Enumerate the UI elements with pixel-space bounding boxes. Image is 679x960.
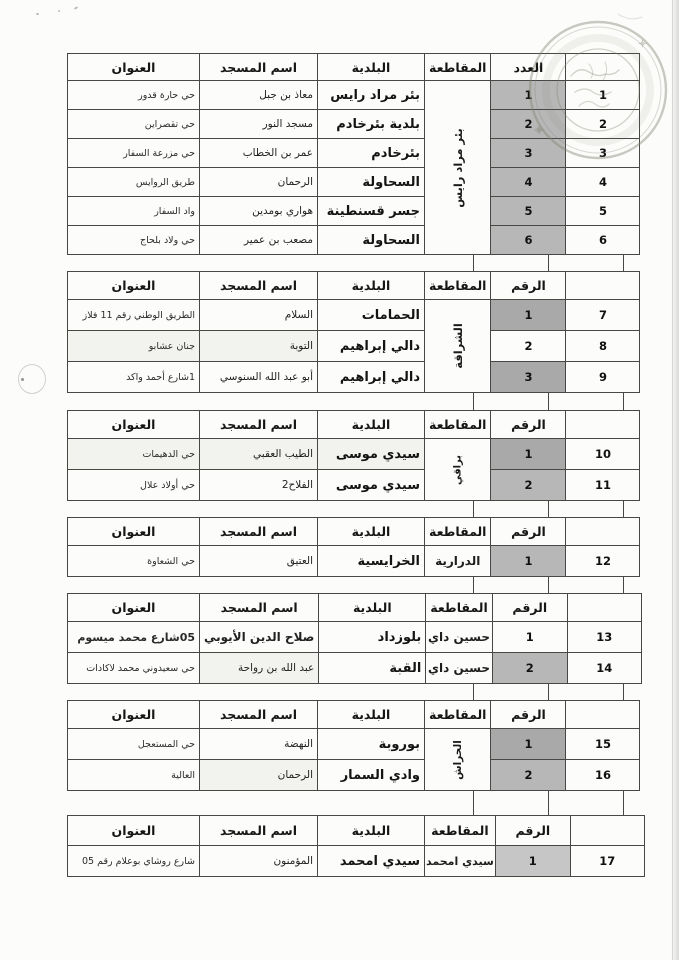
mosque-table-cheraga: العنوان اسم المسجد البلدية المقاطعة الرق… xyxy=(67,271,640,393)
number-cell: 1 xyxy=(491,81,566,110)
number-cell: 1 xyxy=(491,439,566,470)
address-cell: حي مزرعة السفار xyxy=(68,139,200,168)
col-address: العنوان xyxy=(68,411,200,439)
table-row: حي الشعاوة العتيق الخرايسية الدرارية 1 1… xyxy=(68,546,640,577)
address-cell: حي حارة قدور xyxy=(68,81,200,110)
address-cell: 1شارع أحمد واكد xyxy=(68,362,200,393)
address-cell: حي الدهيمات xyxy=(68,439,200,470)
col-serial-header xyxy=(566,272,640,300)
serial-cell: 7 xyxy=(566,300,640,331)
col-address: العنوان xyxy=(68,816,200,846)
municipality-cell: سيدي موسى xyxy=(318,439,425,470)
address-cell: حي ولاد بلحاج xyxy=(68,226,200,255)
address-cell: العالية xyxy=(68,760,200,791)
municipality-cell: بئر مراد رايس xyxy=(318,81,425,110)
district-cell: حسين داي xyxy=(426,653,492,684)
right-columns-continuation xyxy=(473,576,624,593)
header-row: العنوان اسم المسجد البلدية المقاطعة الرق… xyxy=(68,594,642,622)
scan-speck xyxy=(36,13,39,15)
col-address: العنوان xyxy=(68,594,200,622)
table-row: العالية الرحمان وادي السمار 2 16 xyxy=(68,760,640,791)
address-cell: واد السفار xyxy=(68,197,200,226)
number-cell: 2 xyxy=(491,110,566,139)
number-cell: 3 xyxy=(491,139,566,168)
right-columns-continuation xyxy=(473,683,624,700)
municipality-cell: بوروبة xyxy=(318,729,425,760)
table-row: حي حارة قدور معاذ بن جبل بئر مراد رايس ب… xyxy=(68,81,640,110)
col-serial-header xyxy=(566,518,640,546)
mosque-cell: الفلاح2 xyxy=(200,470,318,501)
municipality-cell: السحاولة xyxy=(318,168,425,197)
col-district: المقاطعة xyxy=(425,701,491,729)
scan-speck xyxy=(74,6,78,10)
mosque-table-draria: العنوان اسم المسجد البلدية المقاطعة الرق… xyxy=(67,517,640,577)
number-cell: 2 xyxy=(492,653,567,684)
municipality-cell: بلدية بئرخادم xyxy=(318,110,425,139)
mosque-table-hussein-dey: العنوان اسم المسجد البلدية المقاطعة الرق… xyxy=(67,593,642,684)
col-municipality: البلدية xyxy=(319,594,426,622)
mosque-cell: صلاح الدين الأيوبي xyxy=(200,622,319,653)
table-row: جنان عشابو التوبة دالي إبراهيم 2 8 xyxy=(68,331,640,362)
col-district: المقاطعة xyxy=(425,411,491,439)
hole-punch-dot xyxy=(21,378,24,381)
municipality-cell: بئرخادم xyxy=(318,139,425,168)
serial-cell: 10 xyxy=(566,439,640,470)
serial-cell: 8 xyxy=(566,331,640,362)
scan-edge-shadow xyxy=(671,0,679,960)
district-cell: بئر مراد رايس xyxy=(425,81,491,255)
serial-cell: 6 xyxy=(566,226,640,255)
district-vertical-label: الحراش xyxy=(452,740,464,780)
col-address: العنوان xyxy=(68,272,200,300)
serial-cell: 11 xyxy=(566,470,640,501)
number-cell: 2 xyxy=(491,470,566,501)
right-columns-continuation xyxy=(473,500,624,517)
header-row: العنوان اسم المسجد البلدية المقاطعة العد… xyxy=(68,54,640,81)
right-columns-continuation xyxy=(473,254,624,271)
col-municipality: البلدية xyxy=(318,54,425,81)
mosque-table-baraki: العنوان اسم المسجد البلدية المقاطعة الرق… xyxy=(67,410,640,501)
col-serial-header xyxy=(567,594,641,622)
number-cell: 1 xyxy=(491,300,566,331)
address-cell: الطريق الوطني رقم 11 فلاز xyxy=(68,300,200,331)
mosque-cell: مصعب بن عمير xyxy=(200,226,318,255)
municipality-cell: سيدي موسى xyxy=(318,470,425,501)
serial-cell: 2 xyxy=(566,110,640,139)
municipality-cell: القبة xyxy=(319,653,426,684)
col-municipality: البلدية xyxy=(318,411,425,439)
municipality-cell: دالي إبراهيم xyxy=(318,331,425,362)
col-address: العنوان xyxy=(68,701,200,729)
col-municipality: البلدية xyxy=(318,701,425,729)
col-serial-header xyxy=(566,701,640,729)
municipality-cell: وادي السمار xyxy=(318,760,425,791)
number-cell: 2 xyxy=(491,331,566,362)
address-cell: حي الشعاوة xyxy=(68,546,200,577)
serial-cell: 4 xyxy=(566,168,640,197)
col-serial-header xyxy=(566,411,640,439)
municipality-cell: الخرايسية xyxy=(318,546,425,577)
col-mosque: اسم المسجد xyxy=(200,411,318,439)
mosque-cell: عمر بن الخطاب xyxy=(200,139,318,168)
number-cell: 2 xyxy=(491,760,566,791)
right-columns-continuation xyxy=(473,790,624,815)
col-count: الرقم xyxy=(491,701,566,729)
col-district: المقاطعة xyxy=(426,594,492,622)
district-cell: الشراقة xyxy=(425,300,491,393)
scanned-document-page: العنوان اسم المسجد البلدية المقاطعة العد… xyxy=(0,0,679,960)
serial-cell: 14 xyxy=(567,653,641,684)
address-cell: حي المستعجل xyxy=(68,729,200,760)
col-mosque: اسم المسجد xyxy=(200,816,318,846)
mosque-cell: السلام xyxy=(200,300,318,331)
district-vertical-label: براقي xyxy=(452,454,463,484)
table-row: حي تقصراين مسجد النور بلدية بئرخادم 2 2 xyxy=(68,110,640,139)
table-row: حي سعيدوني محمد لاكادات عبد الله بن رواح… xyxy=(68,653,642,684)
col-district: المقاطعة xyxy=(425,272,491,300)
right-columns-continuation xyxy=(473,392,624,410)
header-row: العنوان اسم المسجد البلدية المقاطعة الرق… xyxy=(68,701,640,729)
municipality-cell: دالي إبراهيم xyxy=(318,362,425,393)
serial-cell: 17 xyxy=(570,846,644,877)
table-row: طريق الروايس الرحمان السحاولة 4 4 xyxy=(68,168,640,197)
serial-cell: 13 xyxy=(567,622,641,653)
number-cell: 3 xyxy=(491,362,566,393)
address-cell: طريق الروايس xyxy=(68,168,200,197)
serial-cell: 3 xyxy=(566,139,640,168)
col-municipality: البلدية xyxy=(318,272,425,300)
col-mosque: اسم المسجد xyxy=(200,54,318,81)
col-count: الرقم xyxy=(492,594,567,622)
address-cell: شارع روشاي بوعلام رقم 05 xyxy=(68,846,200,877)
mosque-table-sidi-mhamed: العنوان اسم المسجد البلدية المقاطعة الرق… xyxy=(67,815,645,877)
mosque-cell: الطيب العقبي xyxy=(200,439,318,470)
mosque-table-bir-mourad-rais: العنوان اسم المسجد البلدية المقاطعة العد… xyxy=(67,53,640,255)
district-cell: حسين داي xyxy=(426,622,492,653)
district-cell: الحراش xyxy=(425,729,491,791)
col-count: الرقم xyxy=(495,816,570,846)
table-row: حي الدهيمات الطيب العقبي سيدي موسى براقي… xyxy=(68,439,640,470)
col-mosque: اسم المسجد xyxy=(200,701,318,729)
mosque-cell: النهضة xyxy=(200,729,318,760)
serial-cell: 16 xyxy=(566,760,640,791)
header-row: العنوان اسم المسجد البلدية المقاطعة الرق… xyxy=(68,816,645,846)
col-municipality: البلدية xyxy=(318,816,425,846)
table-row: حي ولاد بلحاج مصعب بن عمير السحاولة 6 6 xyxy=(68,226,640,255)
col-address: العنوان xyxy=(68,518,200,546)
col-mosque: اسم المسجد xyxy=(200,272,318,300)
col-district: المقاطعة xyxy=(425,518,491,546)
serial-cell: 1 xyxy=(566,81,640,110)
header-row: العنوان اسم المسجد البلدية المقاطعة الرق… xyxy=(68,272,640,300)
number-cell: 4 xyxy=(491,168,566,197)
serial-cell: 15 xyxy=(566,729,640,760)
header-row: العنوان اسم المسجد البلدية المقاطعة الرق… xyxy=(68,518,640,546)
mosque-cell: مسجد النور xyxy=(200,110,318,139)
mosque-cell: العتيق xyxy=(200,546,318,577)
col-mosque: اسم المسجد xyxy=(200,518,318,546)
col-count: الرقم xyxy=(491,272,566,300)
mosque-cell: هواري بومدين xyxy=(200,197,318,226)
district-cell: سيدي امحمد xyxy=(425,846,496,877)
mosque-cell: الرحمان xyxy=(200,760,318,791)
mosque-cell: الرحمان xyxy=(200,168,318,197)
table-row: واد السفار هواري بومدين جسر قسنطينة 5 5 xyxy=(68,197,640,226)
col-count: العدد xyxy=(491,54,566,81)
district-vertical-label: بئر مراد رايس xyxy=(451,128,465,207)
mosque-cell: المؤمنون xyxy=(200,846,318,877)
table-row: حي المستعجل النهضة بوروبة الحراش 1 15 xyxy=(68,729,640,760)
col-mosque: اسم المسجد xyxy=(200,594,319,622)
municipality-cell: بلوزداد xyxy=(319,622,426,653)
table-row: 05شارع محمد ميسوم صلاح الدين الأيوبي بلو… xyxy=(68,622,642,653)
district-cell: الدرارية xyxy=(425,546,491,577)
col-count: الرقم xyxy=(491,411,566,439)
col-serial-header xyxy=(570,816,644,846)
municipality-cell: الحمامات xyxy=(318,300,425,331)
serial-cell: 9 xyxy=(566,362,640,393)
address-cell: حي أولاد علال xyxy=(68,470,200,501)
address-cell: حي سعيدوني محمد لاكادات xyxy=(68,653,200,684)
mosque-cell: عبد الله بن رواحة xyxy=(200,653,319,684)
col-district: المقاطعة xyxy=(425,54,491,81)
scan-speck xyxy=(58,10,60,12)
municipality-cell: جسر قسنطينة xyxy=(318,197,425,226)
number-cell: 1 xyxy=(492,622,567,653)
col-address: العنوان xyxy=(68,54,200,81)
number-cell: 1 xyxy=(495,846,570,877)
address-cell: 05شارع محمد ميسوم xyxy=(68,622,200,653)
table-row: شارع روشاي بوعلام رقم 05 المؤمنون سيدي ا… xyxy=(68,846,645,877)
mosque-cell: أبو عبد الله السنوسي xyxy=(200,362,318,393)
number-cell: 1 xyxy=(491,729,566,760)
table-row: الطريق الوطني رقم 11 فلاز السلام الحماما… xyxy=(68,300,640,331)
number-cell: 6 xyxy=(491,226,566,255)
serial-cell: 5 xyxy=(566,197,640,226)
mosque-table-el-harrach: العنوان اسم المسجد البلدية المقاطعة الرق… xyxy=(67,700,640,791)
district-vertical-label: الشراقة xyxy=(451,323,465,369)
number-cell: 1 xyxy=(491,546,566,577)
col-district: المقاطعة xyxy=(425,816,496,846)
municipality-cell: السحاولة xyxy=(318,226,425,255)
number-cell: 5 xyxy=(491,197,566,226)
municipality-cell: سيدي امحمد xyxy=(318,846,425,877)
col-serial-header xyxy=(566,54,640,81)
table-row: 1شارع أحمد واكد أبو عبد الله السنوسي دال… xyxy=(68,362,640,393)
serial-cell: 12 xyxy=(566,546,640,577)
table-row: حي أولاد علال الفلاح2 سيدي موسى 2 11 xyxy=(68,470,640,501)
address-cell: جنان عشابو xyxy=(68,331,200,362)
hole-punch-mark xyxy=(18,364,46,394)
table-row: حي مزرعة السفار عمر بن الخطاب بئرخادم 3 … xyxy=(68,139,640,168)
col-count: الرقم xyxy=(491,518,566,546)
header-row: العنوان اسم المسجد البلدية المقاطعة الرق… xyxy=(68,411,640,439)
mosque-cell: معاذ بن جبل xyxy=(200,81,318,110)
mosque-cell: التوبة xyxy=(200,331,318,362)
address-cell: حي تقصراين xyxy=(68,110,200,139)
district-cell: براقي xyxy=(425,439,491,501)
col-municipality: البلدية xyxy=(318,518,425,546)
